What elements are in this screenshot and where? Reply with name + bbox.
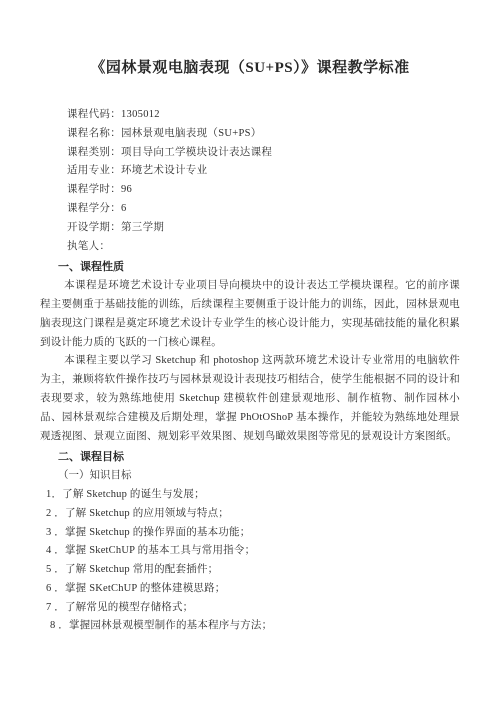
knowledge-objectives-list: 1．了解 Sketchup 的诞生与发展； 2 ．了解 Sketchup 的应用… <box>40 486 460 634</box>
section-course-objectives: 二、课程目标 （一）知识目标 1．了解 Sketchup 的诞生与发展； 2 ．… <box>40 448 460 633</box>
course-hours-line: 课程学时：96 <box>67 181 460 200</box>
document-page: 《园林景观电脑表现（SU+PS）》课程教学标准 课程代码：1305012 课程名… <box>0 0 500 707</box>
document-title: 《园林景观电脑表现（SU+PS）》课程教学标准 <box>40 58 460 78</box>
objective-item-6: 6 ．掌握 SKetChUP 的整体建模思路； <box>46 580 460 599</box>
course-credits-line: 课程学分：6 <box>67 200 460 219</box>
objective-item-5: 5 ．了解 Sketchup 常用的配套插件； <box>46 561 460 580</box>
applicable-major-line: 适用专业：环境艺术设计专业 <box>67 162 460 181</box>
subsection-heading-knowledge-objectives: （一）知识目标 <box>58 467 460 486</box>
course-info-block: 课程代码：1305012 课程名称：园林景观电脑表现（SU+PS） 课程类别：项… <box>40 106 460 256</box>
course-name-line: 课程名称：园林景观电脑表现（SU+PS） <box>67 125 460 144</box>
course-nature-paragraph-1: 本课程是环境艺术设计专业项目导向模块中的设计表达工学模块课程。它的前序课程主要侧… <box>40 277 460 352</box>
objective-item-1: 1．了解 Sketchup 的诞生与发展； <box>46 486 460 505</box>
section-heading-course-objectives: 二、课程目标 <box>58 448 460 467</box>
author-line: 执笔人： <box>67 238 460 257</box>
objective-item-4: 4 ．掌握 SketChUP 的基本工具与常用指令； <box>46 542 460 561</box>
section-heading-course-nature: 一、课程性质 <box>58 258 460 277</box>
course-category-line: 课程类别：项目导向工学模块设计表达课程 <box>67 144 460 163</box>
objective-item-3: 3 ．掌握 Sketchup 的操作界面的基本功能； <box>46 524 460 543</box>
course-nature-paragraph-2: 本课程主要以学习 Sketchup 和 photoshop 这两款环境艺术设计专… <box>40 352 460 446</box>
objective-item-8: 8 ．掌握园林景观模型制作的基本程序与方法； <box>50 618 460 634</box>
course-code-line: 课程代码：1305012 <box>67 106 460 125</box>
objective-item-2: 2 ．了解 Sketchup 的应用领域与特点； <box>46 505 460 524</box>
semester-line: 开设学期：第三学期 <box>67 219 460 238</box>
objective-item-7: 7 ．了解常见的模型存储格式； <box>46 599 460 618</box>
section-course-nature: 一、课程性质 本课程是环境艺术设计专业项目导向模块中的设计表达工学模块课程。它的… <box>40 258 460 446</box>
